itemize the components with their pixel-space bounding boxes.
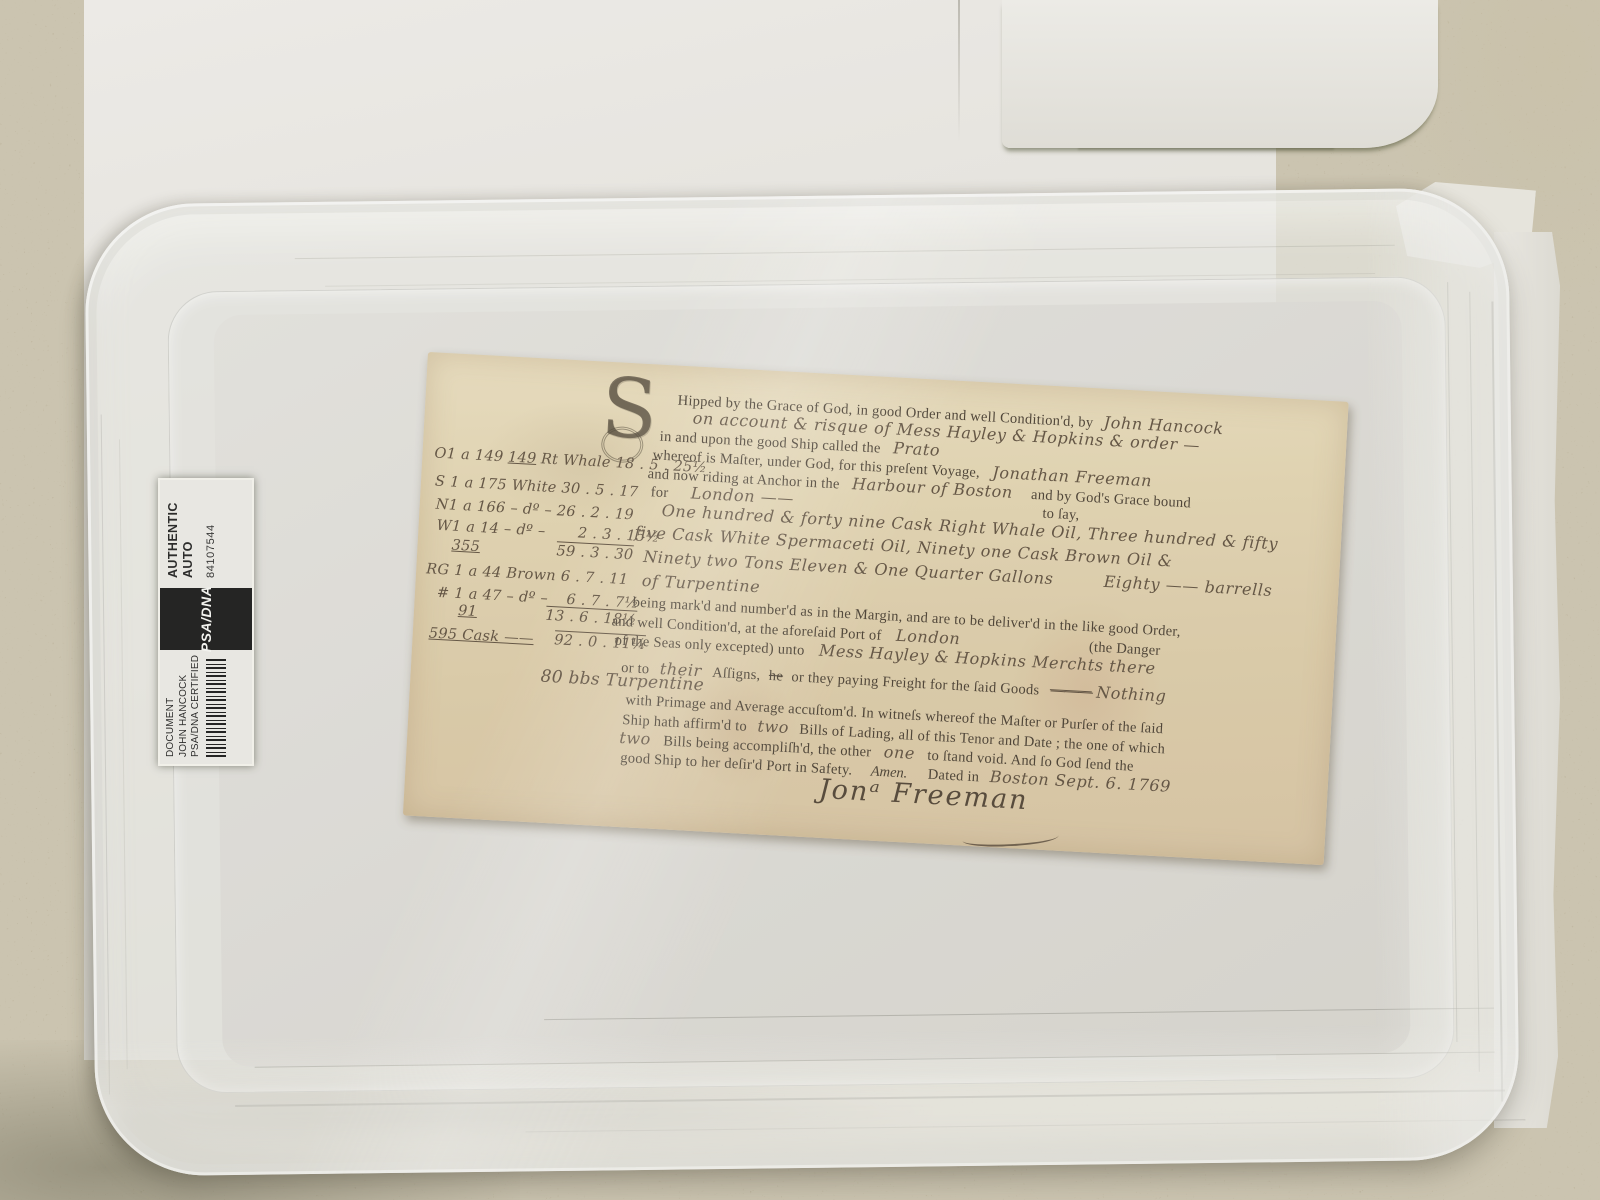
margin-total: 59 . 3 . 30 [556, 541, 634, 563]
printed-text: or they paying Freight for the ſaid Good… [791, 669, 1040, 698]
slab-ridge-line [101, 415, 110, 1095]
margin-total: 355 [451, 538, 480, 556]
slab-ridge-line [525, 1119, 1525, 1132]
psa-dna-brand-band: PSA/DNA [160, 588, 252, 650]
handwritten-cargo: of Turpentine [641, 571, 760, 596]
handwritten-text: two [619, 728, 652, 749]
handwritten-scribble: ——— [1049, 680, 1092, 701]
brand-text: PSA/DNA [198, 586, 214, 653]
psa-cert-label-face: DOCUMENT JOHN HANCOCK PSA/DNA CERTIFIED … [158, 478, 254, 766]
torn-paper-top-right [1002, 0, 1438, 148]
label-certified: PSA/DNA CERTIFIED [190, 653, 203, 757]
slab-ridge-line [119, 439, 128, 1069]
handwritten-text: their [659, 659, 702, 680]
printed-text: for [650, 484, 669, 501]
label-authentic: AUTHENTIC [166, 484, 181, 578]
slab-ridge-line [1491, 302, 1503, 1102]
bill-of-lading-document: S O1 a 149 149 Rt Whale 18 . 5 . 25½ S 1… [403, 352, 1349, 865]
margin-total: 595 Cask —— [428, 625, 534, 647]
margin-text: 149 [507, 449, 536, 467]
margin-total: 91 [458, 603, 478, 620]
handwritten-text: two [757, 716, 790, 737]
slab-ridge-line [295, 245, 1395, 259]
handwritten-cargo: Eighty —— barrells [1103, 572, 1273, 600]
signature-flourish [962, 829, 1058, 848]
cert-number: 84107544 [205, 484, 217, 578]
label-doc-type: DOCUMENT [165, 653, 178, 757]
printed-text: Aſſigns, [712, 665, 761, 684]
paper-crease [958, 0, 960, 142]
psa-cert-label: DOCUMENT JOHN HANCOCK PSA/DNA CERTIFIED … [158, 478, 254, 766]
printed-text-struck: he [768, 668, 783, 685]
slab-ridge-line [235, 1089, 1505, 1107]
label-subject: JOHN HANCOCK [178, 653, 191, 757]
bol-cargo-line: of Turpentine [641, 571, 760, 597]
slab-ridge-line [1469, 292, 1480, 1072]
margin-text: O1 a 149 [434, 446, 504, 466]
label-auto: AUTO [181, 484, 196, 578]
handwritten-ship-name: Prato [893, 438, 941, 460]
handwritten-text: one [883, 742, 915, 763]
printed-text: to ſay, [1042, 505, 1080, 523]
printed-text: or to [621, 660, 650, 678]
handwritten-freight: Nothing [1096, 683, 1167, 706]
barcode [206, 659, 226, 757]
label-grade-section: AUTHENTIC AUTO 84107544 [160, 480, 252, 588]
label-info-section: DOCUMENT JOHN HANCOCK PSA/DNA CERTIFIED [160, 650, 252, 764]
